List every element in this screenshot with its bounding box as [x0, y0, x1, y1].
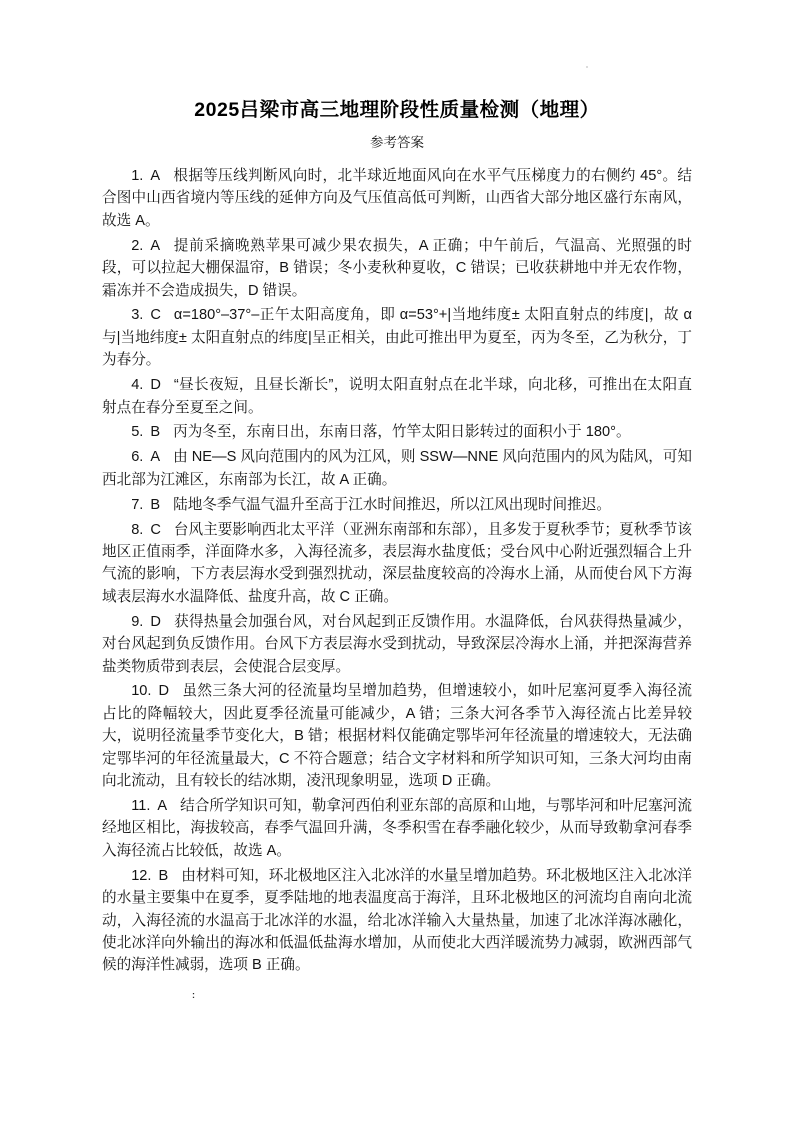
- document-title: 2025吕梁市高三地理阶段性质量检测（地理）: [102, 97, 692, 123]
- answer-choice: B: [158, 868, 168, 884]
- answer-text: 由 NE—S 风向范围内的风为江风，则 SSW—NNE 风向范围内的风为陆风，可…: [102, 449, 692, 487]
- answer-choice: C: [150, 522, 161, 538]
- answer-number: 10.: [131, 683, 151, 699]
- answer-text: 虽然三条大河的径流量均呈增加趋势，但增速较小，如叶尼塞河夏季入海径流占比的降幅较…: [102, 683, 692, 789]
- answer-text: α=180°–37°–正午太阳高度角，即 α=53°+|当地纬度± 太阳直射点的…: [102, 307, 692, 368]
- answer-item-1: 1.A根据等压线判断风向时，北半球近地面风向在水平气压梯度力的右侧约 45°。结…: [102, 165, 692, 232]
- answer-item-10: 10.D虽然三条大河的径流量均呈增加趋势，但增速较小，如叶尼塞河夏季入海径流占比…: [102, 680, 692, 792]
- answer-text: 由材料可知，环北极地区注入北冰洋的水量呈增加趋势。环北极地区注入北冰洋的水量主要…: [102, 868, 692, 974]
- answers-subtitle: 参考答案: [102, 134, 692, 152]
- answer-choice: A: [150, 238, 160, 254]
- answer-choice: D: [150, 377, 161, 393]
- answer-choice: A: [150, 168, 160, 184]
- answer-text: “昼长夜短，且昼长渐长”，说明太阳直射点在北半球，向北移，可推出在太阳直射点在春…: [102, 377, 692, 415]
- answer-choice: B: [150, 424, 160, 440]
- answer-number: 12.: [131, 868, 151, 884]
- answer-number: 5.: [131, 424, 143, 440]
- answer-text: 丙为冬至，东南日出，东南日落，竹竿太阳日影转过的面积小于 180°。: [173, 424, 630, 440]
- answers-section: 1.A根据等压线判断风向时，北半球近地面风向在水平气压梯度力的右侧约 45°。结…: [102, 165, 692, 977]
- answer-number: 7.: [131, 497, 143, 513]
- document-page: 2025吕梁市高三地理阶段性质量检测（地理） 参考答案 1.A根据等压线判断风向…: [0, 0, 794, 1123]
- answer-text: 根据等压线判断风向时，北半球近地面风向在水平气压梯度力的右侧约 45°。结合图中…: [102, 168, 692, 229]
- answer-number: 1.: [131, 168, 143, 184]
- answer-number: 9.: [131, 614, 143, 630]
- answer-number: 2.: [131, 238, 143, 254]
- answer-item-11: 11.A结合所学知识可知，勒拿河西伯利亚东部的高原和山地，与鄂毕河和叶尼塞河流经…: [102, 795, 692, 862]
- answer-number: 4.: [131, 377, 143, 393]
- answer-choice: B: [150, 497, 160, 513]
- answer-number: 8.: [131, 522, 143, 538]
- answer-choice: D: [158, 683, 169, 699]
- answer-item-7: 7.B陆地冬季气温气温升至高于江水时间推迟，所以江风出现时间推迟。: [102, 494, 692, 516]
- scan-artifact-mark: :: [192, 990, 195, 1000]
- answer-text: 获得热量会加强台风，对台风起到正反馈作用。水温降低，台风获得热量减少，对台风起到…: [102, 614, 692, 675]
- answer-choice: D: [150, 614, 161, 630]
- answer-text: 提前采摘晚熟苹果可减少果农损失，A 正确；中午前后，气温高、光照强的时段，可以拉…: [102, 238, 692, 299]
- answer-item-4: 4.D“昼长夜短，且昼长渐长”，说明太阳直射点在北半球，向北移，可推出在太阳直射…: [102, 374, 692, 419]
- scan-artifact-speck: [586, 66, 588, 68]
- answer-choice: A: [150, 449, 160, 465]
- answer-item-8: 8.C台风主要影响西北太平洋（亚洲东南部和东部），且多发于夏秋季节；夏秋季节该地…: [102, 519, 692, 609]
- answer-number: 3.: [131, 307, 143, 323]
- answer-number: 11.: [131, 798, 150, 814]
- answer-item-5: 5.B丙为冬至，东南日出，东南日落，竹竿太阳日影转过的面积小于 180°。: [102, 421, 692, 443]
- answer-item-3: 3.Cα=180°–37°–正午太阳高度角，即 α=53°+|当地纬度± 太阳直…: [102, 304, 692, 371]
- answer-choice: A: [157, 798, 167, 814]
- answer-item-9: 9.D获得热量会加强台风，对台风起到正反馈作用。水温降低，台风获得热量减少，对台…: [102, 611, 692, 678]
- answer-item-2: 2.A提前采摘晚熟苹果可减少果农损失，A 正确；中午前后，气温高、光照强的时段，…: [102, 235, 692, 302]
- answer-text: 陆地冬季气温气温升至高于江水时间推迟，所以江风出现时间推迟。: [173, 497, 611, 513]
- answer-text: 台风主要影响西北太平洋（亚洲东南部和东部），且多发于夏秋季节；夏秋季节该地区正值…: [102, 522, 692, 605]
- answer-choice: C: [150, 307, 161, 323]
- answer-text: 结合所学知识可知，勒拿河西伯利亚东部的高原和山地，与鄂毕河和叶尼塞河流经地区相比…: [102, 798, 692, 859]
- answer-number: 6.: [131, 449, 143, 465]
- answer-item-6: 6.A由 NE—S 风向范围内的风为江风，则 SSW—NNE 风向范围内的风为陆…: [102, 446, 692, 491]
- answer-item-12: 12.B由材料可知，环北极地区注入北冰洋的水量呈增加趋势。环北极地区注入北冰洋的…: [102, 865, 692, 977]
